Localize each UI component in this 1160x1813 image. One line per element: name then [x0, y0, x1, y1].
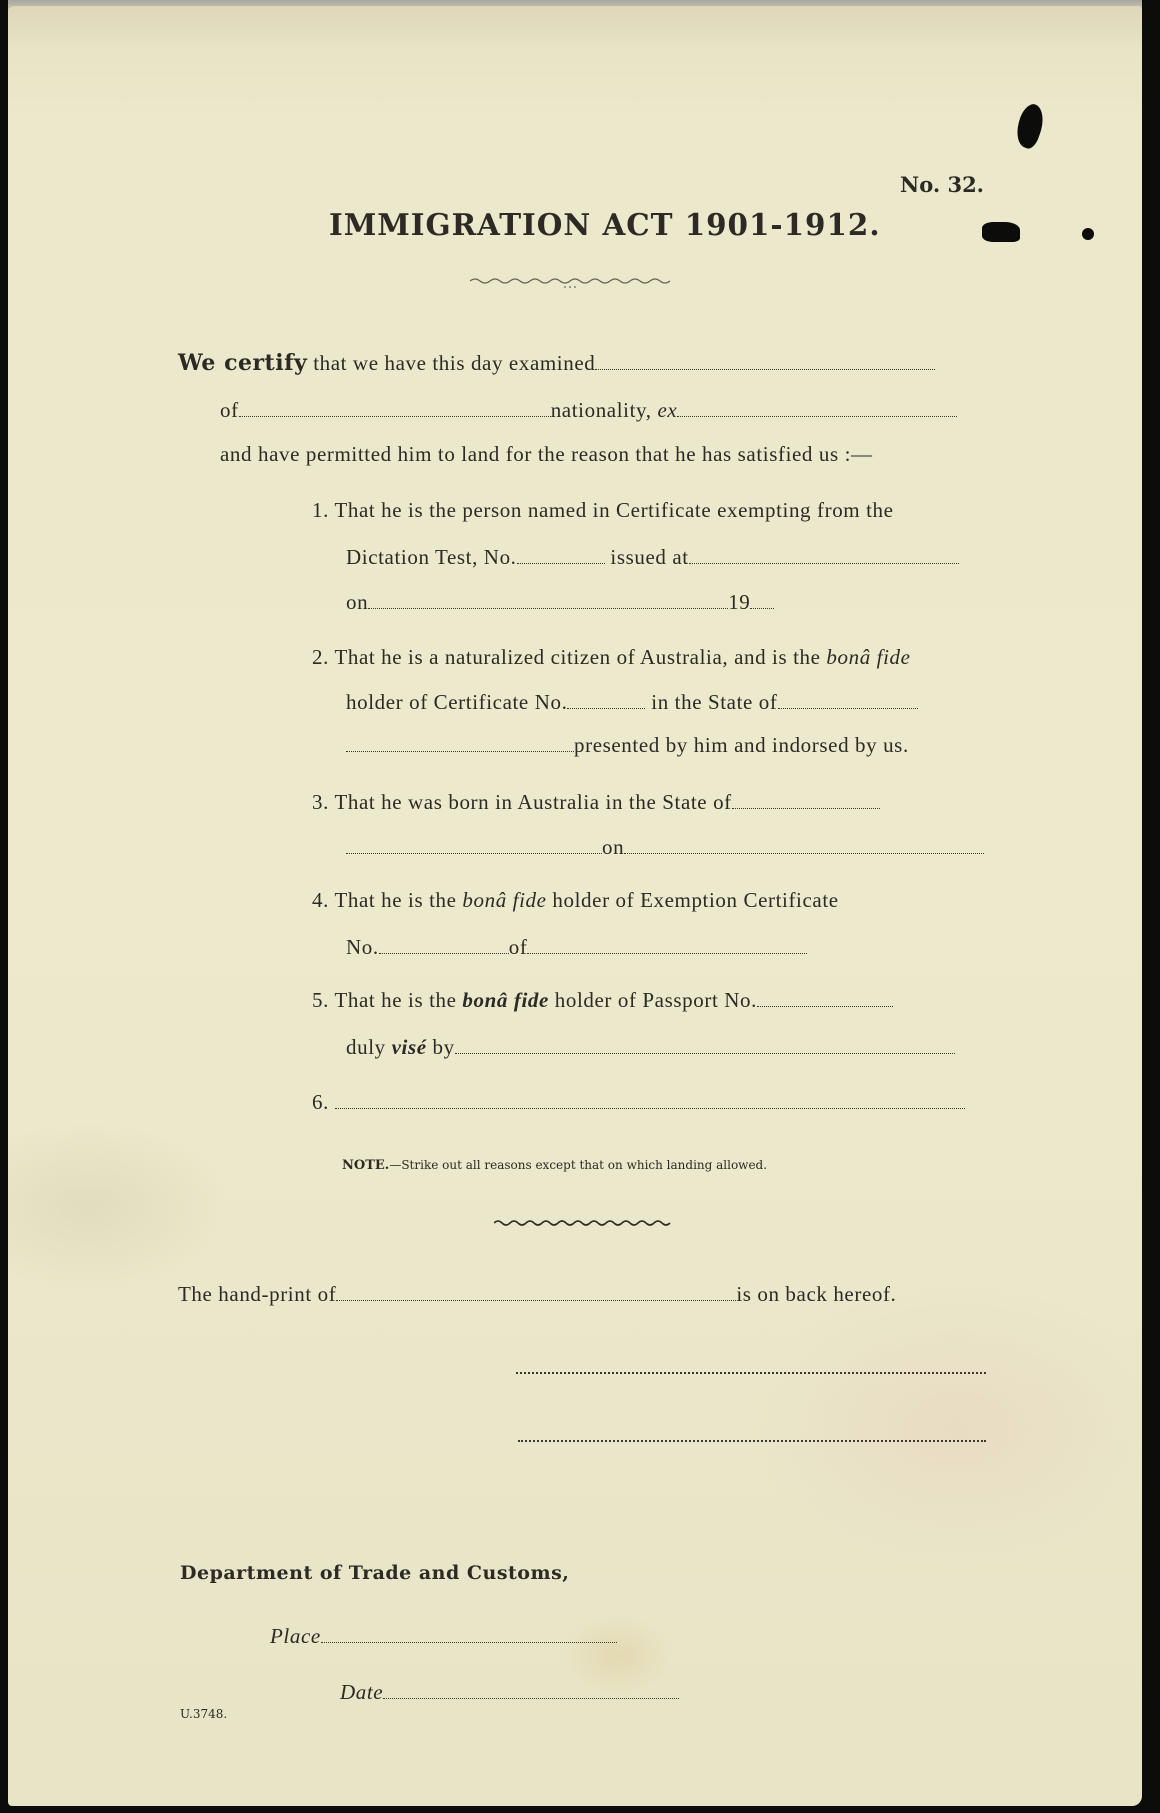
ex-label: ex	[657, 398, 677, 422]
vise-by-field[interactable]	[455, 1052, 955, 1054]
reason-2-line-2: holder of Certificate No. in the State o…	[346, 690, 918, 715]
reason-text: of	[509, 935, 528, 959]
reason-text: That he is the person named in Certifica…	[334, 498, 893, 522]
reason-text: holder of Passport No.	[555, 988, 757, 1012]
paper-damage-hole	[1142, 0, 1160, 1813]
ex-ship-field[interactable]	[677, 415, 957, 417]
date-field[interactable]	[383, 1697, 679, 1699]
examined-name-field[interactable]	[595, 368, 935, 370]
birth-state-field[interactable]	[732, 807, 880, 809]
signature-line-2[interactable]	[518, 1440, 986, 1442]
reason-number: 3.	[312, 790, 329, 814]
certify-text: that we have this day examined	[313, 351, 595, 375]
place-label: Place	[270, 1624, 321, 1648]
handprint-name-field[interactable]	[336, 1299, 736, 1301]
form-number: No. 32.	[900, 172, 984, 197]
reason-text: duly	[346, 1035, 386, 1059]
reason-number: 4.	[312, 888, 329, 912]
certificate-number-field[interactable]	[567, 707, 645, 709]
reason-text: in the State of	[651, 690, 777, 714]
signature-line-1[interactable]	[516, 1372, 986, 1374]
note-label: NOTE.	[342, 1158, 389, 1173]
nationality-label: nationality,	[551, 398, 652, 422]
reason-text: No.	[346, 935, 379, 959]
reason-2-line-1: 2. That he is a naturalized citizen of A…	[312, 645, 911, 670]
date-label: Date	[340, 1680, 383, 1704]
print-code: U.3748.	[180, 1707, 227, 1721]
place-field[interactable]	[321, 1641, 617, 1643]
reason-6-line: 6.	[312, 1090, 965, 1115]
place-line: Place	[270, 1624, 617, 1649]
reason-4-line-2: No.of	[346, 935, 807, 960]
reason-text: on	[346, 590, 368, 614]
handprint-prefix: The hand-print of	[178, 1282, 336, 1306]
other-reason-field[interactable]	[335, 1107, 965, 1109]
state-field[interactable]	[778, 707, 918, 709]
reason-1-line-1: 1. That he is the person named in Certif…	[312, 498, 894, 523]
reason-text: holder of Exemption Certificate	[552, 888, 838, 912]
reason-text: That he was born in Australia in the Sta…	[334, 790, 731, 814]
note-text: —Strike out all reasons except that on w…	[389, 1158, 767, 1172]
certificate-presented-field[interactable]	[346, 750, 574, 752]
reason-3-line-1: 3. That he was born in Australia in the …	[312, 790, 880, 815]
italic-term: bonâ fide	[462, 988, 548, 1012]
reason-2-line-3: presented by him and indorsed by us.	[346, 733, 909, 758]
reason-text: on	[602, 835, 624, 859]
form-title: IMMIGRATION ACT 1901-1912.	[329, 208, 881, 243]
certify-line-2: ofnationality, ex	[220, 398, 957, 423]
birth-place-field[interactable]	[346, 852, 602, 854]
exemption-certificate-number-field[interactable]	[379, 952, 509, 954]
year-prefix: 19	[728, 590, 750, 614]
reason-text: Dictation Test, No.	[346, 545, 517, 569]
reason-text: That he is the	[334, 988, 456, 1012]
birth-date-field[interactable]	[624, 852, 984, 854]
handprint-line: The hand-print ofis on back hereof.	[178, 1282, 896, 1307]
handprint-suffix: is on back hereof.	[736, 1282, 896, 1306]
paper-damage-hole	[1082, 228, 1094, 240]
decorative-wave-rule	[470, 276, 675, 290]
department-name: Department of Trade and Customs,	[180, 1562, 569, 1584]
paper-damage-hole	[982, 222, 1020, 242]
reason-number: 2.	[312, 645, 329, 669]
decorative-wave-rule	[494, 1218, 674, 1228]
exemption-certificate-of-field[interactable]	[527, 952, 807, 954]
italic-term: visé	[392, 1035, 427, 1059]
reason-4-line-1: 4. That he is the bonâ fide holder of Ex…	[312, 888, 839, 913]
reason-number: 5.	[312, 988, 329, 1012]
reason-number: 6.	[312, 1090, 329, 1114]
reason-number: 1.	[312, 498, 329, 522]
reason-1-line-2: Dictation Test, No. issued at	[346, 545, 959, 570]
reason-text: issued at	[610, 545, 688, 569]
reason-text: presented by him and indorsed by us.	[574, 733, 909, 757]
reason-5-line-1: 5. That he is the bonâ fide holder of Pa…	[312, 988, 893, 1013]
certify-lead: We certify	[178, 350, 307, 376]
of-label: of	[220, 398, 239, 422]
reason-text: That he is a naturalized citizen of Aust…	[334, 645, 820, 669]
reason-text: That he is the	[334, 888, 456, 912]
issued-at-field[interactable]	[689, 562, 959, 564]
reason-text: by	[433, 1035, 455, 1059]
date-line: Date	[340, 1680, 679, 1705]
reason-text: holder of Certificate No.	[346, 690, 567, 714]
reason-1-line-3: on19	[346, 590, 774, 615]
certify-line-3: and have permitted him to land for the r…	[220, 442, 873, 467]
reason-5-line-2: duly visé by	[346, 1035, 955, 1060]
passport-number-field[interactable]	[757, 1005, 893, 1007]
origin-field[interactable]	[239, 415, 551, 417]
italic-term: bonâ fide	[462, 888, 546, 912]
italic-term: bonâ fide	[826, 645, 910, 669]
certify-line-1: We certify that we have this day examine…	[178, 350, 935, 376]
issue-date-field[interactable]	[368, 607, 728, 609]
dictation-test-number-field[interactable]	[517, 562, 605, 564]
issue-year-field[interactable]	[750, 607, 774, 609]
strike-out-note: NOTE.—Strike out all reasons except that…	[342, 1158, 767, 1173]
reason-3-line-2: on	[346, 835, 984, 860]
